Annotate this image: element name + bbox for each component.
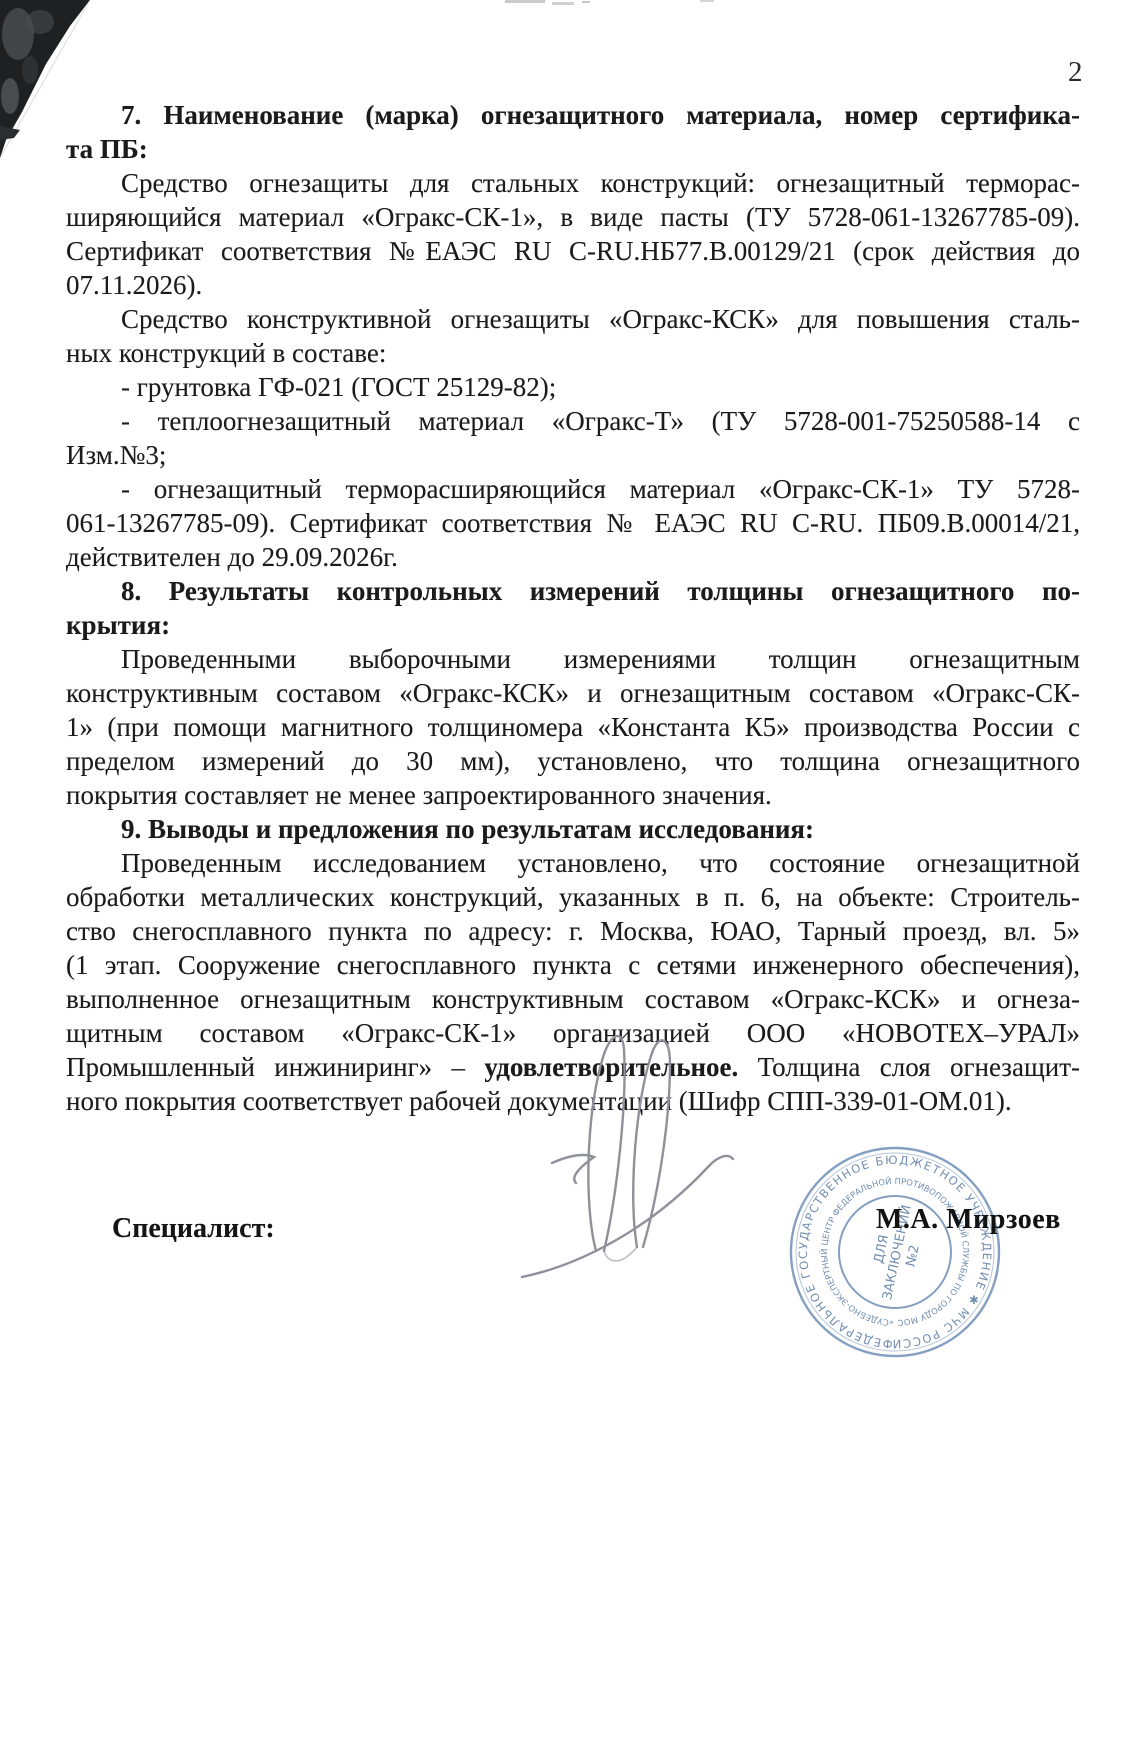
text-line: действителен до 29.09.2026г. xyxy=(66,540,1080,574)
text-line: 8. Результаты контрольных измерений толщ… xyxy=(66,574,1080,608)
text-line: 061-13267785-09). Сертификат соответстви… xyxy=(66,506,1080,540)
text-line: обработки металлических конструкций, ука… xyxy=(66,880,1080,914)
text-line: ных конструкций в составе: xyxy=(66,336,1080,370)
text-line: - грунтовка ГФ-021 (ГОСТ 25129-82); xyxy=(66,370,1080,404)
text-line: крытия: xyxy=(66,608,1080,642)
svg-text:№2: №2 xyxy=(903,1244,922,1268)
text-line: Проведенными выборочными измерениями тол… xyxy=(66,642,1080,676)
text-line: ство снегосплавного пункта по адресу: г.… xyxy=(66,914,1080,948)
paragraph: 7. Наименование (марка) огнезащитного ма… xyxy=(66,98,1080,166)
text-line: ширяющийся материал «Огракс-СК-1», в вид… xyxy=(66,200,1080,234)
paragraph: Средство огнезащиты для стальных констру… xyxy=(66,166,1080,302)
text-line: Сертификат соответствия №ЕАЭС RU C-RU.НБ… xyxy=(66,234,1080,268)
document-page: 2 7. Наименование (марка) огнезащитного … xyxy=(0,0,1147,1752)
text-column: 7. Наименование (марка) огнезащитного ма… xyxy=(66,98,1080,1118)
text-line: 7. Наименование (марка) огнезащитного ма… xyxy=(66,98,1080,132)
text-line: Изм.№3; xyxy=(66,438,1080,472)
text-line: Средство конструктивной огнезащиты «Огра… xyxy=(66,302,1080,336)
text-line: покрытия составляет не менее запроектиро… xyxy=(66,778,1080,812)
paragraph: 8. Результаты контрольных измерений толщ… xyxy=(66,574,1080,642)
paragraph: 9. Выводы и предложения по результатам и… xyxy=(66,812,1080,846)
text-line: пределом измерений до 30 мм), установлен… xyxy=(66,744,1080,778)
text-line: 9. Выводы и предложения по результатам и… xyxy=(66,812,1080,846)
text-line: та ПБ: xyxy=(66,132,1080,166)
page-number: 2 xyxy=(1068,56,1083,89)
paragraph: Средство конструктивной огнезащиты «Огра… xyxy=(66,302,1080,370)
paragraph: Проведенными выборочными измерениями тол… xyxy=(66,642,1080,812)
paragraph: - теплоогнезащитный материал «Огракс-Т» … xyxy=(66,404,1080,472)
corner-artifact xyxy=(0,0,140,170)
text-line: 07.11.2026). xyxy=(66,268,1080,302)
text-line: - теплоогнезащитный материал «Огракс-Т» … xyxy=(66,404,1080,438)
signature-ink xyxy=(500,1015,760,1295)
specialist-name: М.А. Мирзоев xyxy=(876,1204,1061,1236)
paragraph: - огнезащитный терморасширяющийся матери… xyxy=(66,472,1080,574)
text-line: - огнезащитный терморасширяющийся матери… xyxy=(66,472,1080,506)
text-line: Проведенным исследованием установлено, ч… xyxy=(66,846,1080,880)
text-line: (1 этап. Сооружение снегосплавного пункт… xyxy=(66,948,1080,982)
paragraph: - грунтовка ГФ-021 (ГОСТ 25129-82); xyxy=(66,370,1080,404)
text-line: выполненное огнезащитным конструктивным … xyxy=(66,982,1080,1016)
org-stamp: ФЕДЕРАЛЬНОЕ ГОСУДАРСТВЕННОЕ БЮДЖЕТНОЕ УЧ… xyxy=(775,1132,1015,1372)
text-line: Средство огнезащиты для стальных констру… xyxy=(66,166,1080,200)
text-line: конструктивным составом «Огракс-КСК» и о… xyxy=(66,676,1080,710)
text-line: 1» (при помощи магнитного толщиномера «К… xyxy=(66,710,1080,744)
specialist-label: Специалист: xyxy=(112,1213,275,1245)
